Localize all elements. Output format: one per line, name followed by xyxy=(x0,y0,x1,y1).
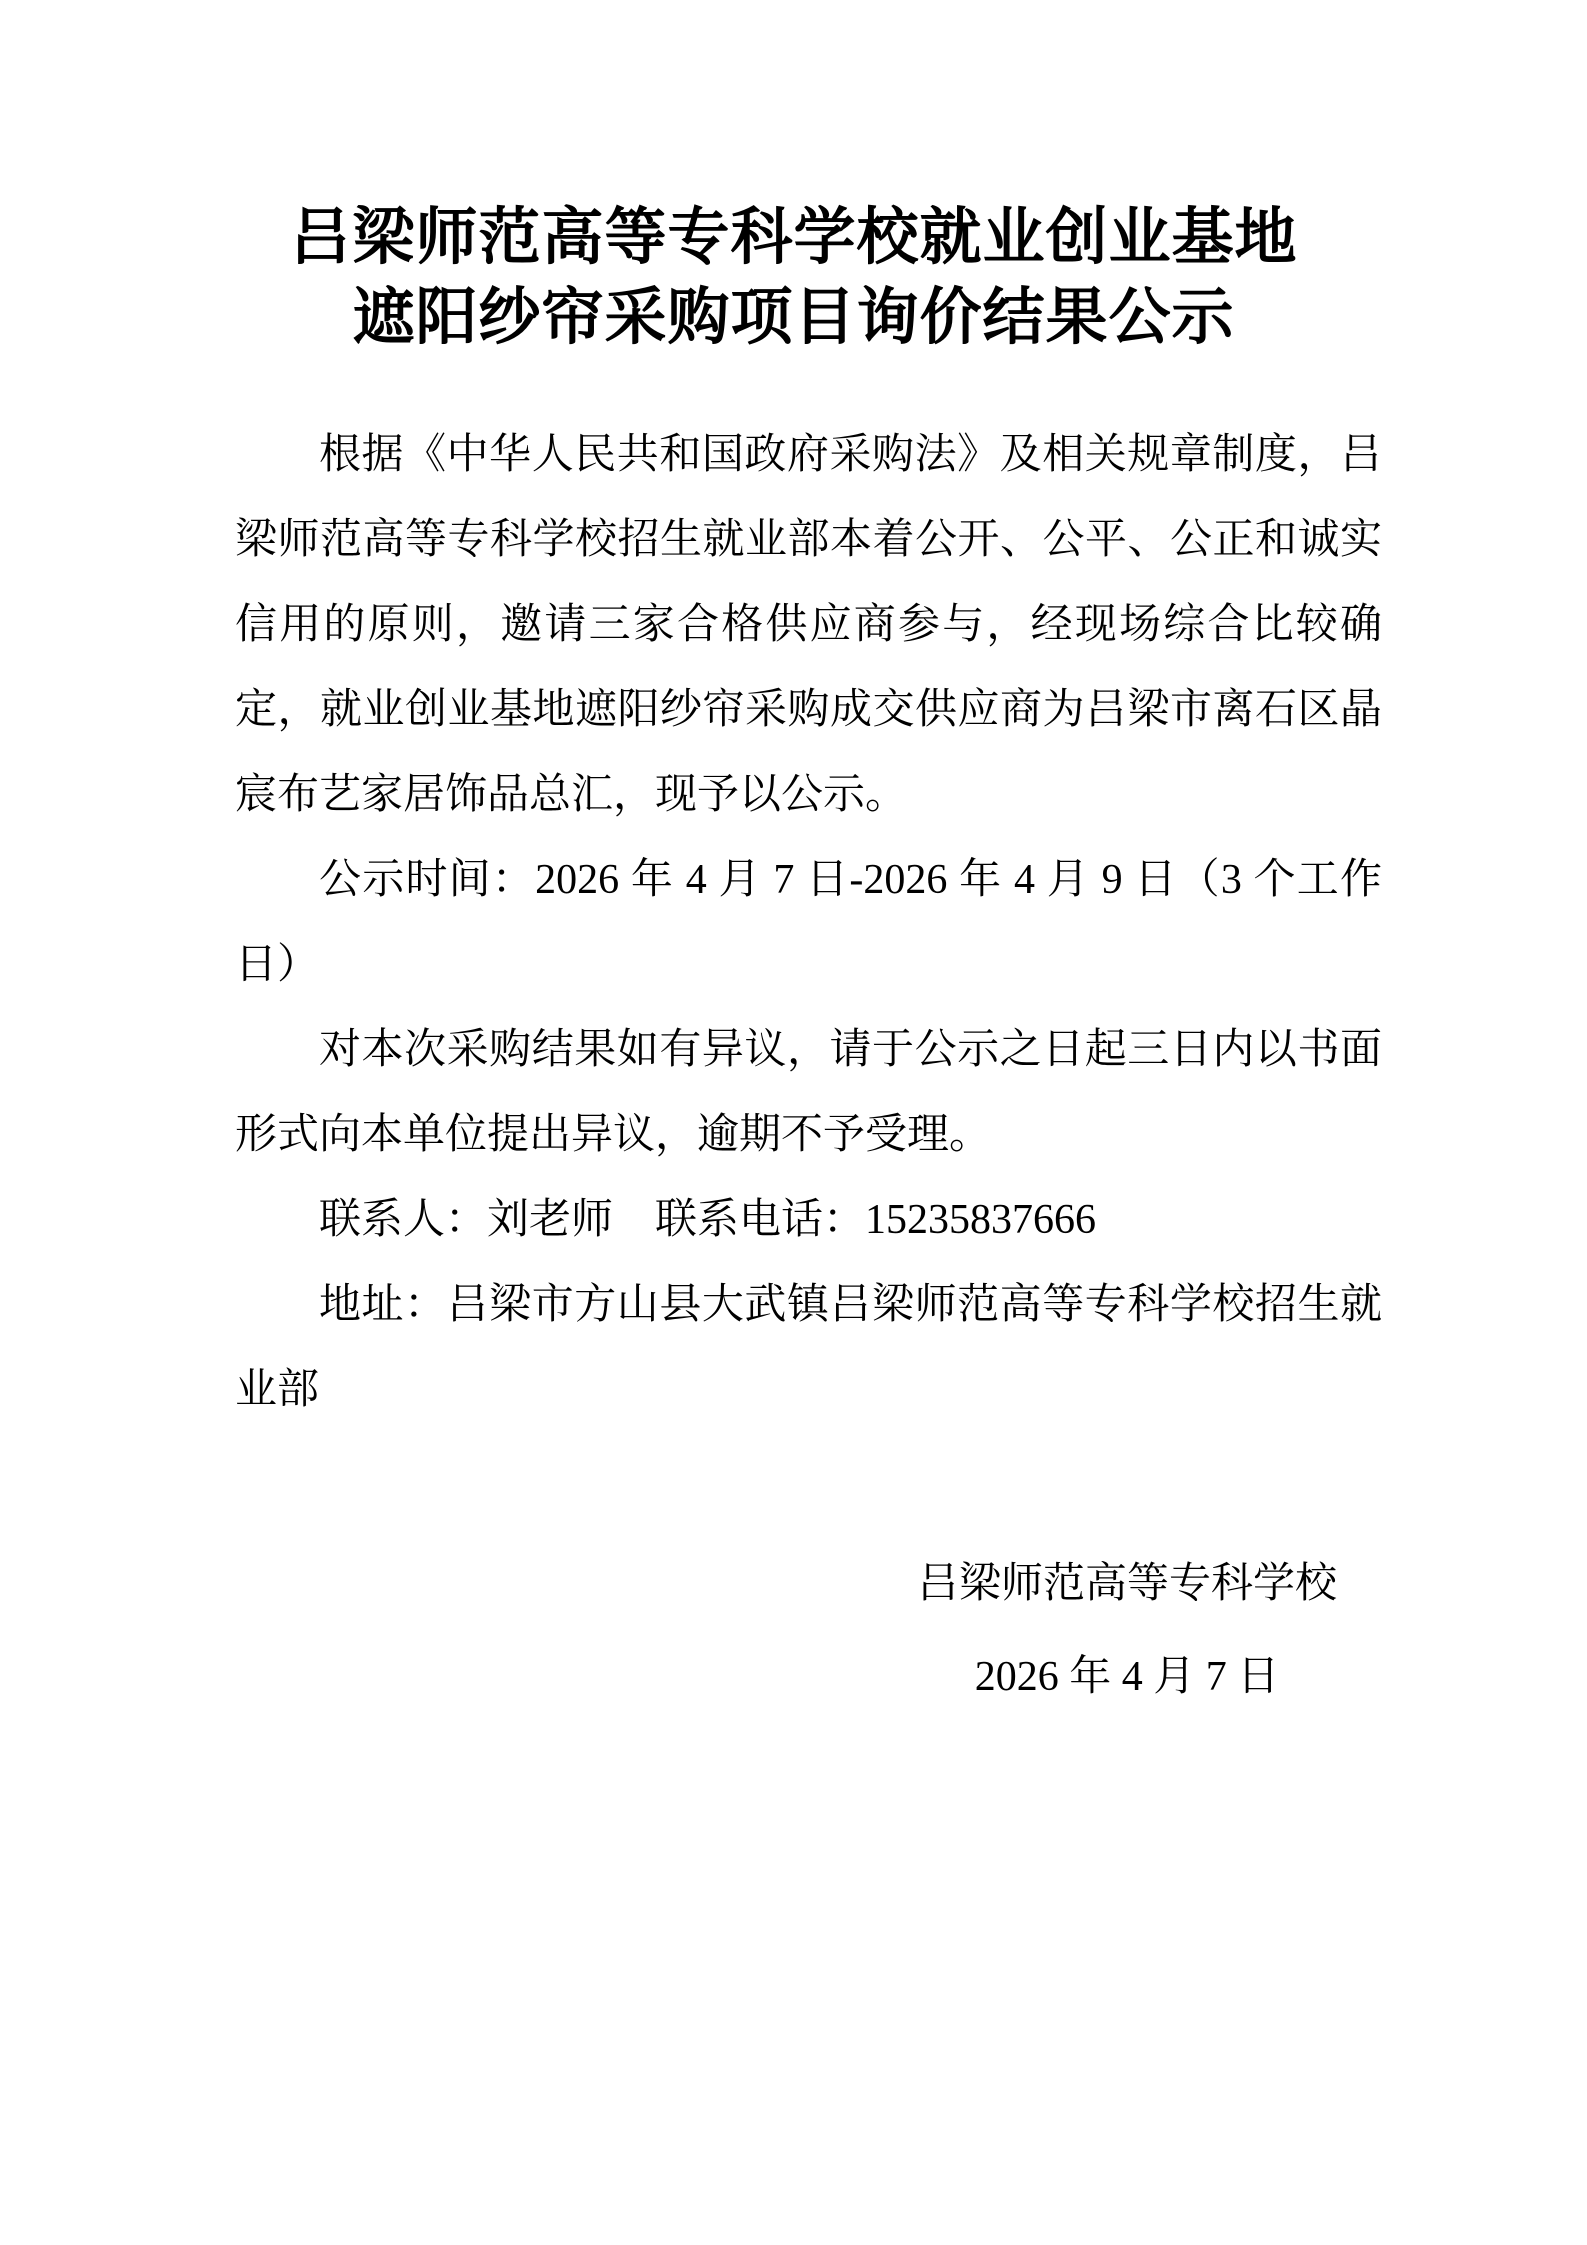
signature-date: 2026 年 4 月 7 日 xyxy=(917,1631,1337,1724)
document-body: 根据《中华人民共和国政府采购法》及相关规章制度，吕梁师范高等专科学校招生就业部本… xyxy=(235,413,1382,1433)
title-line-1: 吕梁师范高等专科学校就业创业基地 xyxy=(0,198,1587,278)
paragraph-contact: 联系人：刘老师 联系电话：15235837666 xyxy=(235,1178,1382,1263)
document-title: 吕梁师范高等专科学校就业创业基地 遮阳纱帘采购项目询价结果公示 xyxy=(0,198,1587,358)
paragraph-address: 地址：吕梁市方山县大武镇吕梁师范高等专科学校招生就业部 xyxy=(235,1263,1382,1433)
paragraph-intro: 根据《中华人民共和国政府采购法》及相关规章制度，吕梁师范高等专科学校招生就业部本… xyxy=(235,413,1382,838)
paragraph-publicity-period: 公示时间：2026 年 4 月 7 日-2026 年 4 月 9 日（3 个工作… xyxy=(235,838,1382,1008)
document-page: 吕梁师范高等专科学校就业创业基地 遮阳纱帘采购项目询价结果公示 根据《中华人民共… xyxy=(0,0,1587,2245)
paragraph-objection: 对本次采购结果如有异议，请于公示之日起三日内以书面形式向本单位提出异议，逾期不予… xyxy=(235,1008,1382,1178)
title-line-2: 遮阳纱帘采购项目询价结果公示 xyxy=(0,278,1587,358)
signature-organization: 吕梁师范高等专科学校 xyxy=(917,1538,1337,1631)
signature-block: 吕梁师范高等专科学校 2026 年 4 月 7 日 xyxy=(917,1538,1337,1724)
